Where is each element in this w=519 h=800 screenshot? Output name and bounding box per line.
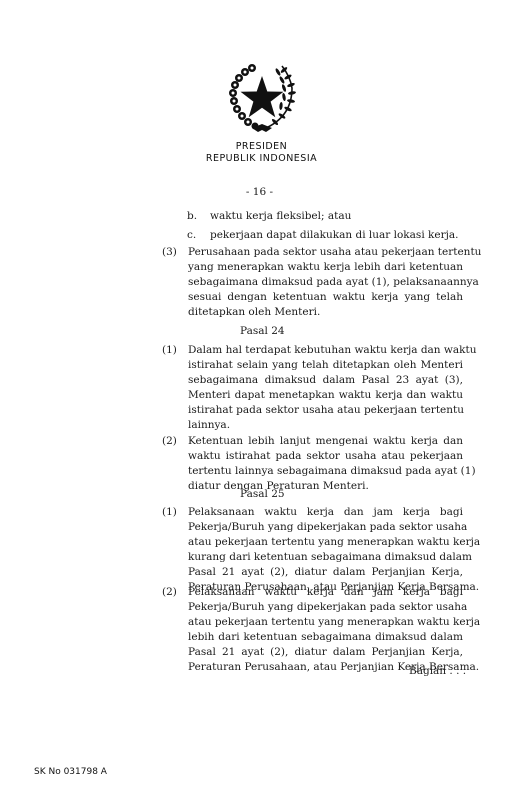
- text-line: Menteri dapat menetapkan waktu kerja dan…: [188, 388, 463, 403]
- text-line: Pekerja/Buruh yang dipekerjakan pada sek…: [188, 520, 463, 535]
- pasal-25-title: Pasal 25: [240, 488, 285, 500]
- text-line: Pelaksanaan waktu kerja dan jam kerja ba…: [188, 585, 463, 600]
- text-line: waktu istirahat pada sektor usaha atau p…: [188, 449, 463, 464]
- text-line: tertentu lainnya sebagaimana dimaksud pa…: [188, 464, 463, 479]
- text-line: Pasal 21 ayat (2), diatur dalam Perjanji…: [188, 645, 463, 660]
- text-line: atau pekerjaan tertentu yang menerapkan …: [188, 615, 463, 630]
- paragraph-text: Pelaksanaan waktu kerja dan jam kerja ba…: [188, 585, 463, 675]
- pasal-24-title: Pasal 24: [240, 325, 285, 337]
- text-line: Pelaksanaan waktu kerja dan jam kerja ba…: [188, 505, 463, 520]
- presidential-emblem-icon: [222, 58, 302, 138]
- text-line: istirahat pada sektor usaha atau pekerja…: [188, 403, 463, 418]
- continuation-text: Bagian . . .: [409, 665, 466, 677]
- text-line: diatur dengan Peraturan Menteri.: [188, 479, 463, 494]
- text-line: atau pekerjaan tertentu yang menerapkan …: [188, 535, 463, 550]
- text-line: ditetapkan oleh Menteri.: [188, 305, 463, 320]
- text-line: kurang dari ketentuan sebagaimana dimaks…: [188, 550, 463, 565]
- paragraph-text: Dalam hal terdapat kebutuhan waktu kerja…: [188, 343, 463, 433]
- text-line: yang menerapkan waktu kerja lebih dari k…: [188, 260, 463, 275]
- text-line: Dalam hal terdapat kebutuhan waktu kerja…: [188, 343, 463, 358]
- text-line: istirahat selain yang telah ditetapkan o…: [188, 358, 463, 373]
- text-line: sebagaimana dimaksud pada ayat (1), pela…: [188, 275, 463, 290]
- paragraph-text: Ketentuan lebih lanjut mengenai waktu ke…: [188, 434, 463, 494]
- text-line: Pasal 21 ayat (2), diatur dalam Perjanji…: [188, 565, 463, 580]
- footer-serial-number: SK No 031798 A: [34, 767, 107, 777]
- text-line: sesuai dengan ketentuan waktu kerja yang…: [188, 290, 463, 305]
- header-president: PRESIDEN: [2, 141, 519, 152]
- text-line: Pekerja/Buruh yang dipekerjakan pada sek…: [188, 600, 463, 615]
- text-line: lebih dari ketentuan sebagaimana dimaksu…: [188, 630, 463, 645]
- text-line: Perusahaan pada sektor usaha atau pekerj…: [188, 245, 463, 260]
- text-line: lainnya.: [188, 418, 463, 433]
- header-republic: REPUBLIK INDONESIA: [2, 153, 519, 164]
- text-line: sebagaimana dimaksud dalam Pasal 23 ayat…: [188, 373, 463, 388]
- text-line: Ketentuan lebih lanjut mengenai waktu ke…: [188, 434, 463, 449]
- page-number: - 16 -: [0, 186, 519, 198]
- paragraph-text: Perusahaan pada sektor usaha atau pekerj…: [188, 245, 463, 320]
- paragraph-text: Pelaksanaan waktu kerja dan jam kerja ba…: [188, 505, 463, 595]
